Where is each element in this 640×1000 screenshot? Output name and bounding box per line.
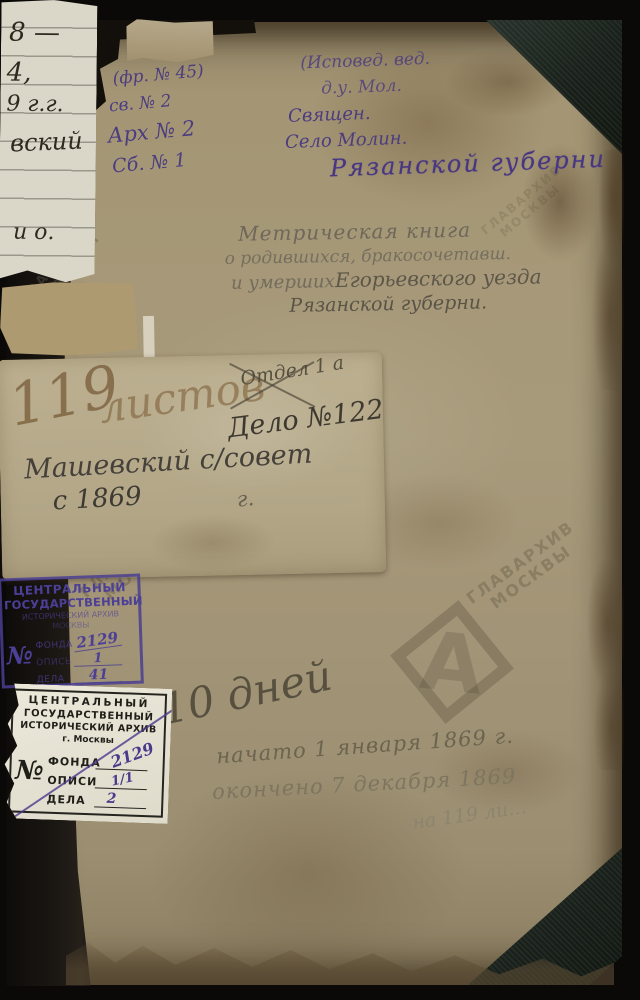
stamp-number-sign: № <box>6 640 34 686</box>
note-line: (Исповед. вед. <box>300 51 430 73</box>
note-line: Священ. <box>288 105 371 126</box>
note-line: Село Молин. <box>285 130 408 152</box>
archive-stamp: ЦЕНТРАЛЬНЫЙ ГОСУДАРСТВЕННЫЙ ИСТОРИЧЕСКИЙ… <box>0 574 144 689</box>
ruled-paper-strip: 8 — 4, 9 г.г. вский и о. <box>0 0 97 282</box>
stamp-field-label: ФОНДА <box>35 640 73 651</box>
label-opis-value: 1/1 <box>110 770 135 789</box>
title-line: о родившихся, бракосочетавш. <box>224 246 511 268</box>
note-line: д.у. Мол. <box>321 78 402 98</box>
strip-fragment: 4, <box>7 58 32 88</box>
book-cover-photo: ГЛАВАРХИВМОСКВЫ ГЛАВАРХИВМОСКВЫ ГЛАВАРХИ… <box>0 0 640 1000</box>
archive-label-frame: ЦЕНТРАЛЬНЫЙ ГОСУДАРСТВЕННЫЙ ИСТОРИЧЕСКИЙ… <box>8 688 167 817</box>
stamp-opis-value: 1 <box>74 652 122 666</box>
stamp-field-label: ДЕЛА <box>37 674 75 685</box>
archive-label: ЦЕНТРАЛЬНЫЙ ГОСУДАРСТВЕННЫЙ ИСТОРИЧЕСКИЙ… <box>0 683 172 824</box>
strip-fragment: 8 — <box>9 18 60 49</box>
section-note: Отдел 1 а <box>239 354 345 389</box>
strip-fragment: вский <box>9 126 83 157</box>
title-line: и умерших <box>231 273 335 293</box>
label-field-label: ДЕЛА <box>46 793 94 808</box>
title-line: Егорьевского уезда <box>335 266 542 290</box>
year-note: с 1869 <box>52 484 142 515</box>
stamp-delo-value: 41 <box>74 668 122 683</box>
brown-paper-patch <box>0 281 139 357</box>
stamp-field-label: ОПИСЬ <box>36 657 74 668</box>
strip-fragment: 9 г.г. <box>6 92 63 118</box>
edge-stain <box>588 150 624 390</box>
paper-fragment-top <box>125 19 214 63</box>
glavarkhiv-logo-watermark: А <box>364 574 540 750</box>
year-suffix: г. <box>236 488 255 511</box>
strip-fragment: и о. <box>13 220 55 245</box>
council-name: Машевский с/совет <box>23 440 313 483</box>
title-line: Метрическая книга <box>238 220 471 244</box>
label-delo-value: 2 <box>106 791 116 807</box>
edge-stain <box>582 560 624 770</box>
title-line: Рязанской губерни. <box>289 293 487 315</box>
title-label: 119 листов Отдел 1 а Дело №122 Машевский… <box>0 352 386 580</box>
svg-text:А: А <box>416 614 487 713</box>
